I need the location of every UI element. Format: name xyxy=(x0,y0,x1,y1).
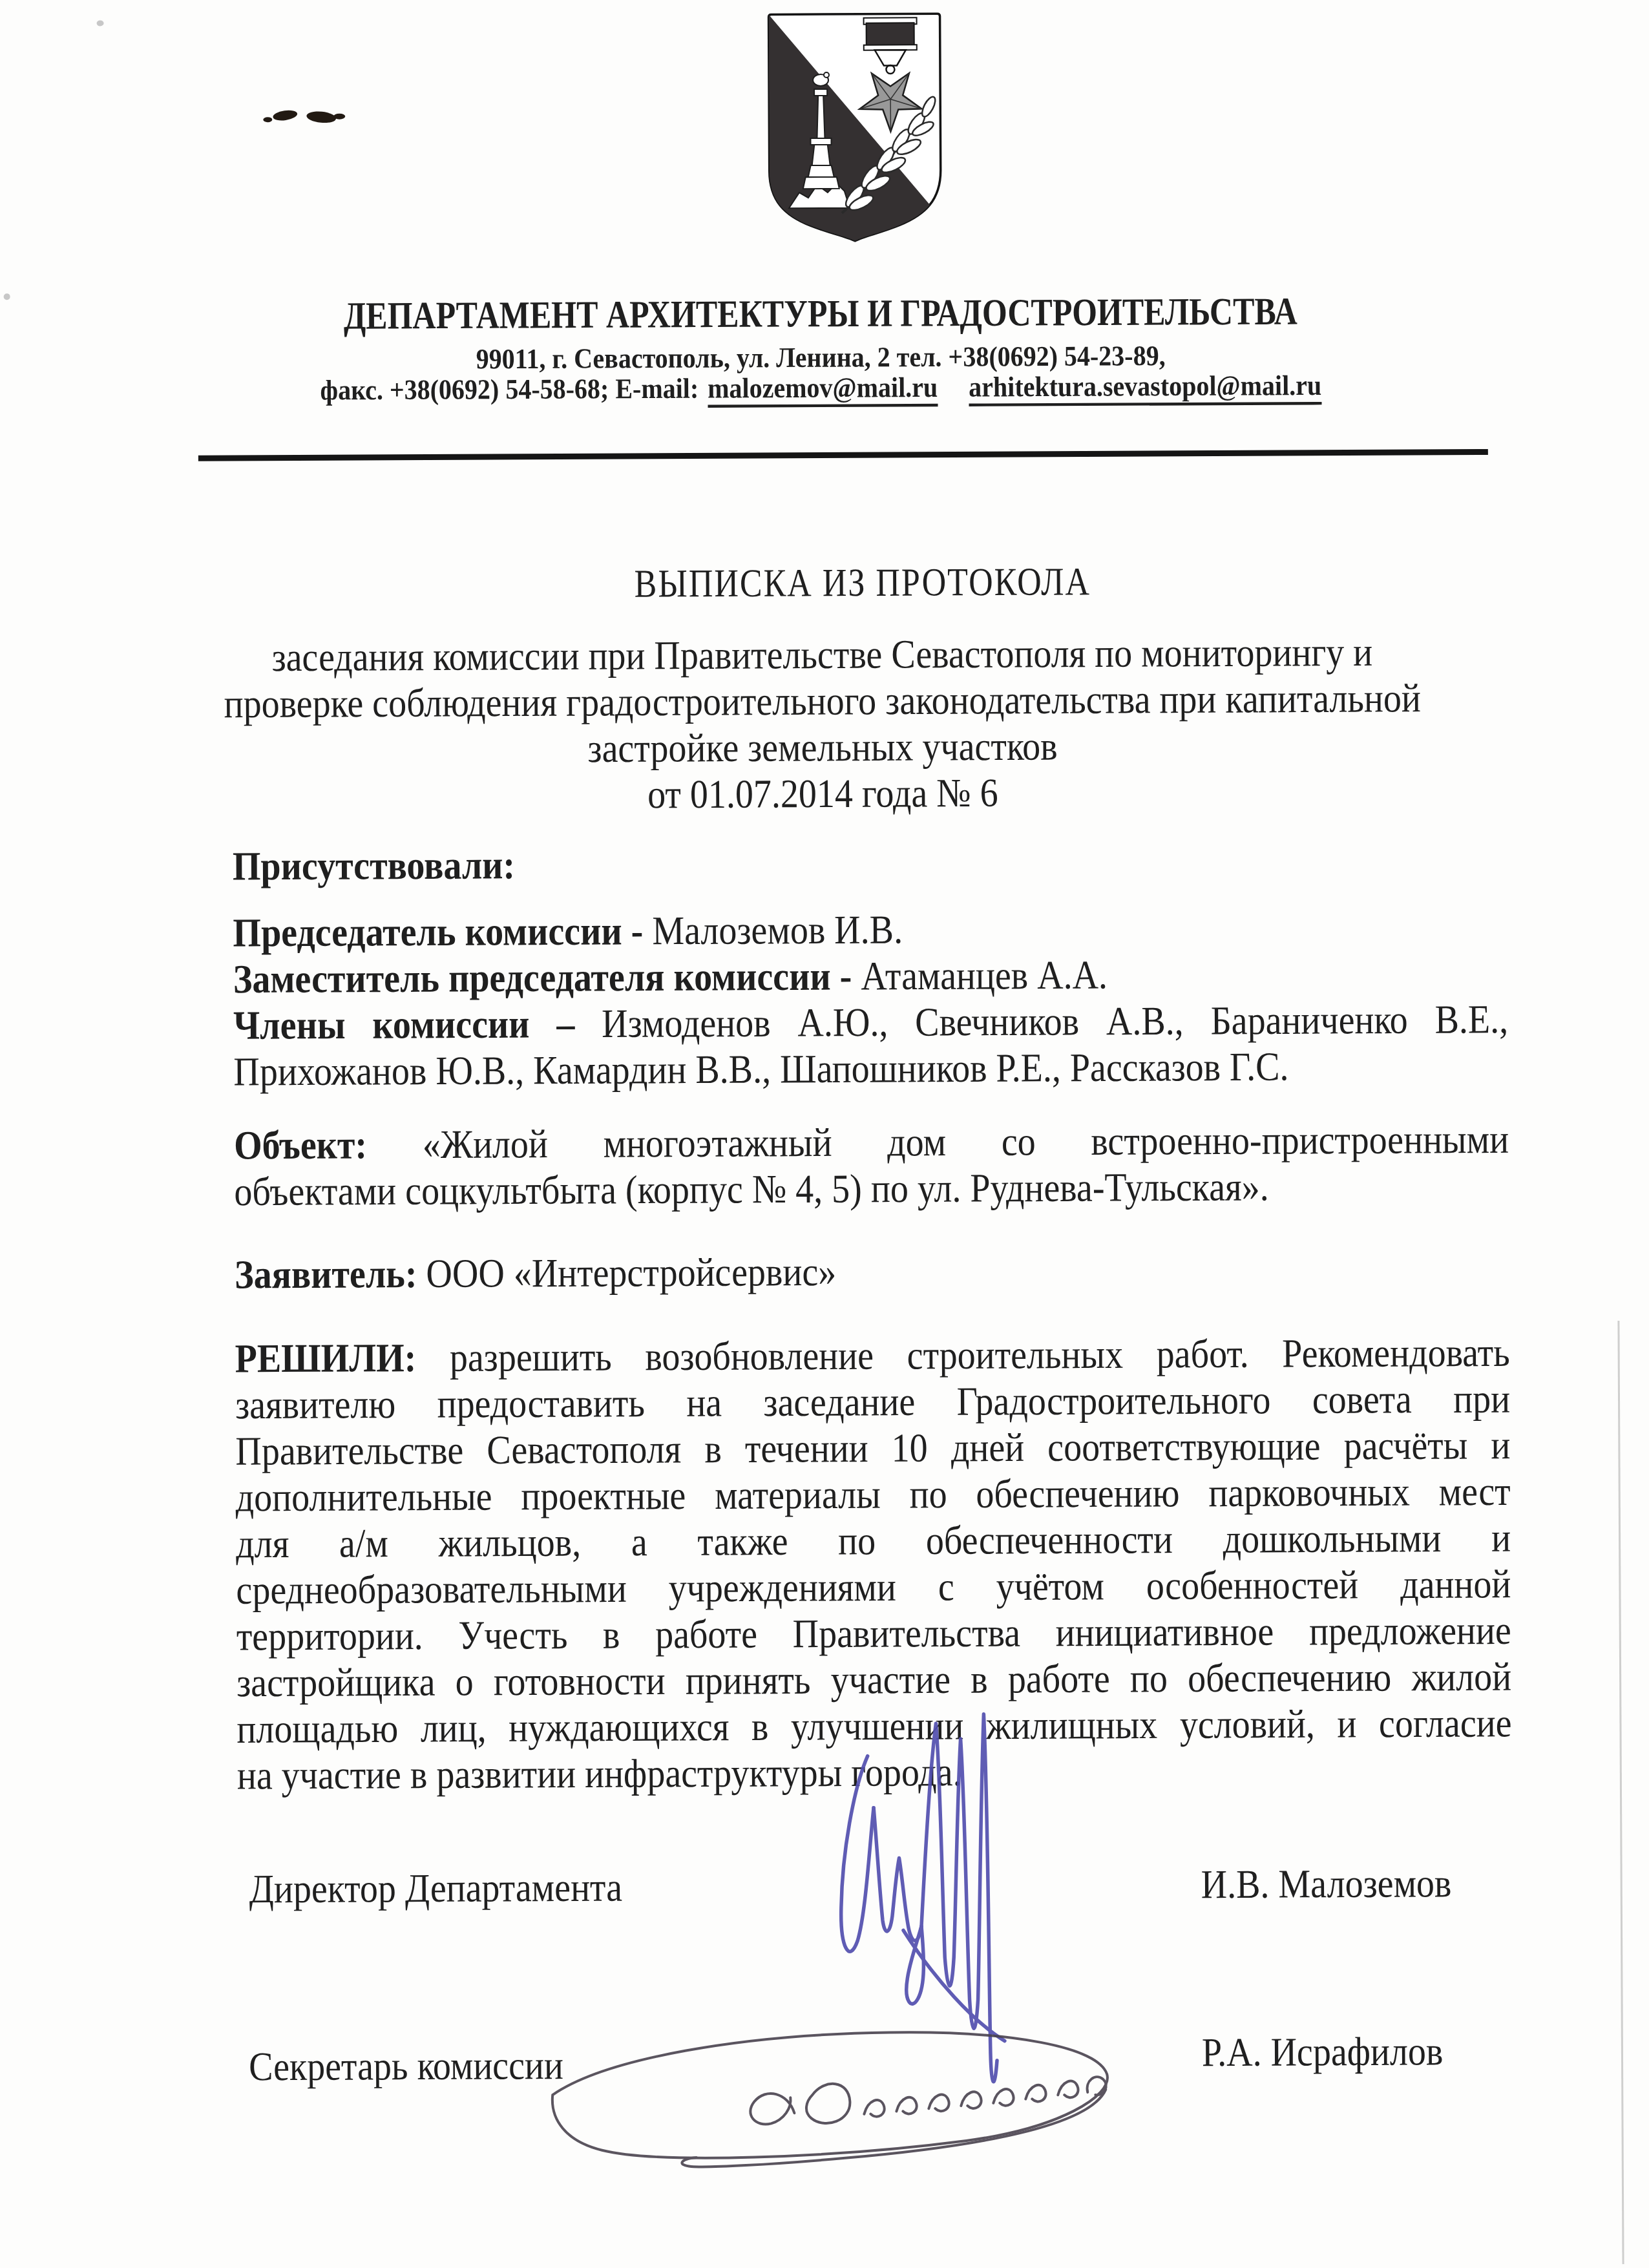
object-text-1: «Жилой многоэтажный дом со встроенно-при… xyxy=(367,1117,1509,1168)
scan-ink-smudge xyxy=(272,109,298,121)
director-title: Директор Департамента xyxy=(249,1865,623,1913)
director-name: И.В. Малоземов xyxy=(1201,1860,1452,1908)
scan-speck xyxy=(97,20,104,26)
subtitle-line: застройке земельных участков xyxy=(0,720,1647,775)
secretary-name: Р.А. Исрафилов xyxy=(1202,2028,1444,2076)
members-label: Члены комиссии – xyxy=(233,1002,575,1048)
attendees-heading: Присутствовали: xyxy=(233,842,516,890)
secretary-title: Секретарь комиссии xyxy=(249,2042,563,2090)
document-title: ВЫПИСКА ИЗ ПРОТОКОЛА xyxy=(38,556,1649,609)
secretary-signature-ink xyxy=(541,2015,1136,2179)
scan-content: ДЕПАРТАМЕНТ АРХИТЕКТУРЫ И ГРАДОСТРОИТЕЛЬ… xyxy=(0,0,1649,2268)
applicant-label: Заявитель: xyxy=(235,1252,417,1297)
decision-line: среднеобразовательными учреждениями с уч… xyxy=(236,1561,1511,1613)
members-names-1: Измоденов А.Ю., Свечников А.В., Бараниче… xyxy=(574,997,1508,1046)
object-paragraph: Объект: «Жилой многоэтажный дом со встро… xyxy=(234,1117,1509,1215)
scan-ink-smudge xyxy=(306,110,337,125)
decision-label: РЕШИЛИ: xyxy=(235,1336,417,1381)
scan-speck xyxy=(4,293,10,300)
object-label: Объект: xyxy=(234,1123,367,1168)
attendee-row-deputy: Заместитель председателя комиссии - Атам… xyxy=(233,950,1508,1003)
email-primary-link[interactable]: malozemov@mail.ru xyxy=(708,371,938,408)
org-contact-line: факс. +38(0692) 54-58-68; E-mail:malozem… xyxy=(0,367,1645,408)
subtitle-line: заседания комиссии при Правительстве Сев… xyxy=(0,628,1647,682)
applicant-name: ООО «Интерстройсервис» xyxy=(417,1250,836,1297)
deputy-label: Заместитель председателя комиссии - xyxy=(233,954,852,1002)
members-names-2: Прихожанов Ю.В., Камардин В.В., Шапошник… xyxy=(233,1043,1508,1095)
attendees-list: Председатель комиссии - Малоземов И.В. З… xyxy=(233,904,1508,1095)
subtitle-line: проверке соблюдения градостроительного з… xyxy=(0,674,1647,728)
sevastopol-coat-of-arms-icon xyxy=(765,10,945,244)
object-text-2: объектами соцкультбыта (корпус № 4, 5) п… xyxy=(234,1163,1509,1215)
attendee-row-members: Члены комиссии – Измоденов А.Ю., Свечник… xyxy=(233,996,1508,1049)
document-subtitle: заседания комиссии при Правительстве Сев… xyxy=(0,628,1648,821)
chairman-label: Председатель комиссии - xyxy=(233,908,643,956)
scan-ink-smudge xyxy=(263,117,272,122)
letterhead-divider-rule xyxy=(198,449,1488,461)
protocol-date-number: от 01.07.2014 года № 6 xyxy=(0,767,1648,821)
decision-line: Правительстве Севастополя в течении 10 д… xyxy=(235,1422,1510,1475)
applicant-line: Заявитель: ООО «Интерстройсервис» xyxy=(235,1249,836,1298)
decision-line: дополнительные проектные материалы по об… xyxy=(236,1469,1511,1521)
decision-line: территории. Учесть в работе Правительств… xyxy=(236,1608,1511,1660)
fax-email-prefix: факс. +38(0692) 54-58-68; E-mail: xyxy=(320,372,698,406)
scan-crease-line xyxy=(1617,1321,1624,2264)
attendee-row-chairman: Председатель комиссии - Малоземов И.В. xyxy=(233,904,1507,956)
scanned-protocol-extract-page: ДЕПАРТАМЕНТ АРХИТЕКТУРЫ И ГРАДОСТРОИТЕЛЬ… xyxy=(0,0,1649,2268)
decision-line: заявителю предоставить на заседание Град… xyxy=(235,1376,1510,1429)
chairman-name: Малоземов И.В. xyxy=(643,908,903,954)
decision-line: для а/м жильцов, а также по обеспеченнос… xyxy=(236,1515,1511,1568)
org-name: ДЕПАРТАМЕНТ АРХИТЕКТУРЫ И ГРАДОСТРОИТЕЛЬ… xyxy=(0,287,1645,340)
decision-line: разрешить возобновление строительных раб… xyxy=(416,1330,1510,1381)
scan-ink-smudge xyxy=(333,114,345,120)
deputy-name: Атаманцев А.А. xyxy=(852,953,1108,999)
email-secondary-link[interactable]: arhitektura.sevastopol@mail.ru xyxy=(969,369,1321,406)
